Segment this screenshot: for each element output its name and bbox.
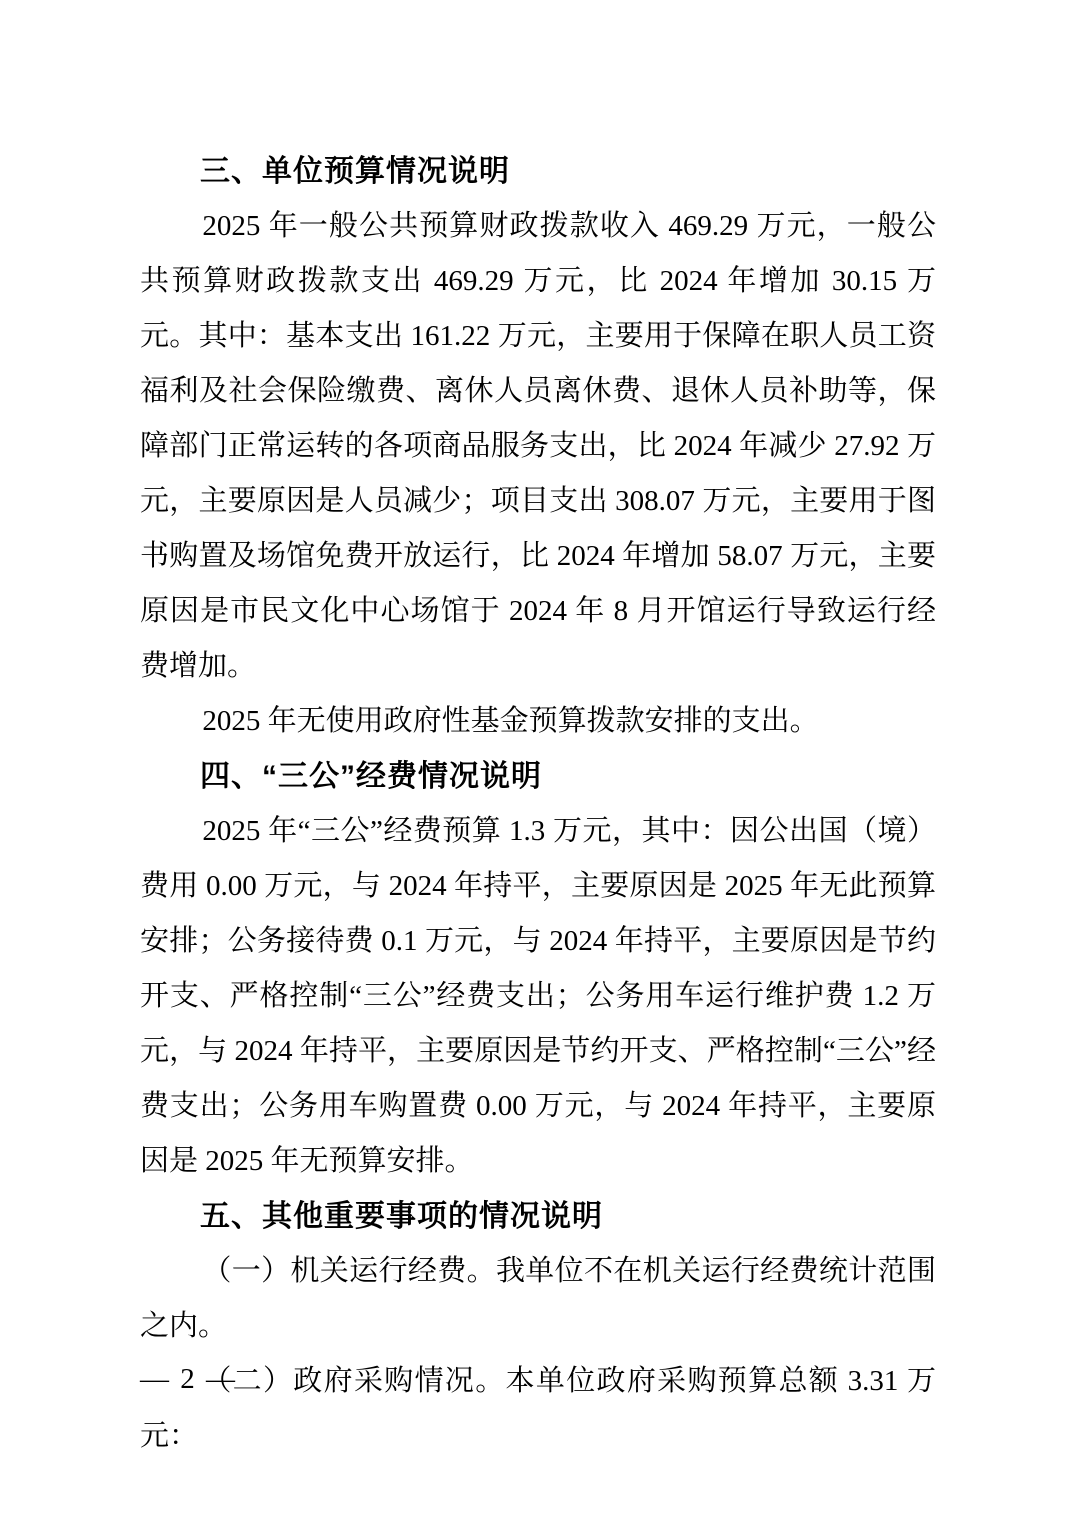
page-number: — 2 — (140, 1352, 237, 1407)
section-heading-budget-overview: 三、单位预算情况说明 (140, 144, 936, 199)
section-heading-three-public-expenses: 四、“三公”经费情况说明 (140, 749, 936, 804)
document-body: 三、单位预算情况说明 2025 年一般公共预算财政拨款收入 469.29 万元，… (140, 144, 936, 1464)
document-page: 三、单位预算情况说明 2025 年一般公共预算财政拨款收入 469.29 万元，… (0, 0, 1074, 1520)
paragraph-government-procurement: （二）政府采购情况。本单位政府采购预算总额 3.31 万元： (140, 1354, 936, 1464)
paragraph-government-fund: 2025 年无使用政府性基金预算拨款安排的支出。 (140, 694, 936, 749)
paragraph-agency-operating-costs: （一）机关运行经费。我单位不在机关运行经费统计范围之内。 (140, 1244, 936, 1354)
paragraph-budget-details: 2025 年一般公共预算财政拨款收入 469.29 万元，一般公共预算财政拨款支… (140, 199, 936, 694)
paragraph-three-public-details: 2025 年“三公”经费预算 1.3 万元，其中：因公出国（境）费用 0.00 … (140, 804, 936, 1189)
section-heading-other-important-matters: 五、其他重要事项的情况说明 (140, 1189, 936, 1244)
